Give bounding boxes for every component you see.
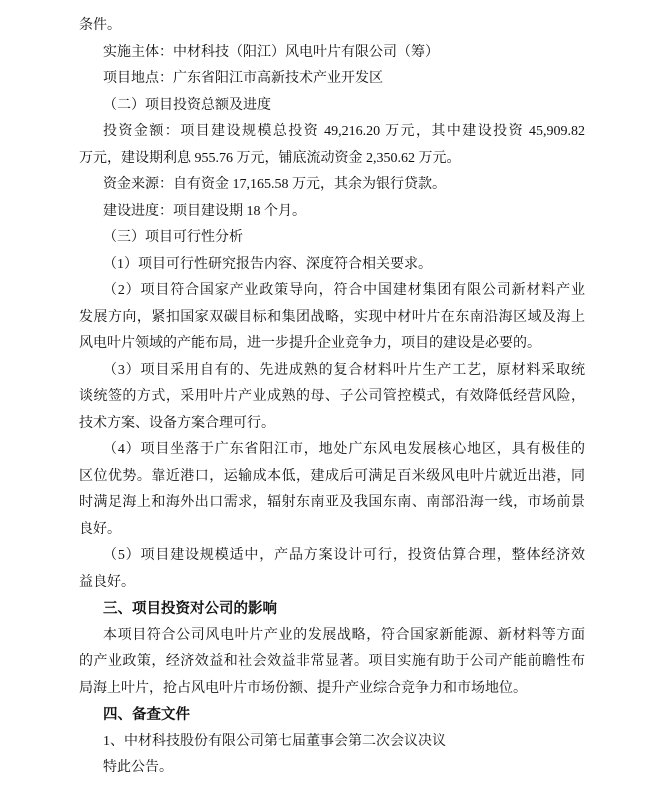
doc-line: （1）项目可行性研究报告内容、深度符合相关要求。	[79, 252, 585, 279]
doc-line: （2）项目符合国家产业政策导向，符合中国建材集团有限公司新材料产业	[79, 278, 585, 305]
doc-line: （3）项目采用自有的、先进成熟的复合材料叶片生产工艺，原材料采取统	[79, 358, 585, 385]
doc-line: 发展方向，紧扣国家双碳目标和集团战略，实现中材叶片在东南沿海区域及海上	[79, 305, 585, 332]
doc-line: 建设进度：项目建设期 18 个月。	[79, 199, 585, 226]
doc-line: 技术方案、设备方案合理可行。	[79, 411, 585, 438]
subsection-heading: （三）项目可行性分析	[79, 225, 585, 252]
doc-line: 局海上叶片，抢占风电叶片市场份额、提升产业综合竞争力和市场地位。	[79, 676, 585, 703]
doc-line: 本项目符合公司风电叶片产业的发展战略，符合国家新能源、新材料等方面	[79, 623, 585, 650]
subsection-heading: （二）项目投资总额及进度	[79, 93, 585, 120]
doc-line: 的产业政策，经济效益和社会效益非常显著。项目实施有助于公司产能前瞻性布	[79, 649, 585, 676]
document-page: 条件。 实施主体：中材科技（阳江）风电叶片有限公司（筹） 项目地点：广东省阳江市…	[79, 13, 585, 782]
section-heading-3: 三、项目投资对公司的影响	[79, 596, 585, 623]
doc-line: 益良好。	[79, 570, 585, 597]
section-heading-4: 四、备查文件	[79, 702, 585, 729]
doc-line: 投资金额：项目建设规模总投资 49,216.20 万元，其中建设投资 45,90…	[79, 119, 585, 146]
doc-line: 谈统签的方式，采用叶片产业成熟的母、子公司管控模式，有效降低经营风险，	[79, 384, 585, 411]
doc-line: （4）项目坐落于广东省阳江市，地处广东风电发展核心地区，具有极佳的	[79, 437, 585, 464]
doc-line: 条件。	[79, 13, 585, 40]
doc-line: 资金来源：自有资金 17,165.58 万元，其余为银行贷款。	[79, 172, 585, 199]
doc-line: 1、中材科技股份有限公司第七届董事会第二次会议决议	[79, 729, 585, 756]
doc-line: 万元，建设期利息 955.76 万元，铺底流动资金 2,350.62 万元。	[79, 146, 585, 173]
doc-line: 项目地点：广东省阳江市高新技术产业开发区	[79, 66, 585, 93]
doc-line: 风电叶片领域的产能布局，进一步提升企业竞争力，项目的建设是必要的。	[79, 331, 585, 358]
doc-line: 实施主体：中材科技（阳江）风电叶片有限公司（筹）	[79, 40, 585, 67]
doc-line: 良好。	[79, 517, 585, 544]
doc-line: （5）项目建设规模适中，产品方案设计可行，投资估算合理，整体经济效	[79, 543, 585, 570]
doc-line: 区位优势。靠近港口，运输成本低，建成后可满足百米级风电叶片就近出港，同	[79, 464, 585, 491]
doc-line: 时满足海上和海外出口需求，辐射东南亚及我国东南、南部沿海一线，市场前景	[79, 490, 585, 517]
doc-line: 特此公告。	[79, 755, 585, 782]
